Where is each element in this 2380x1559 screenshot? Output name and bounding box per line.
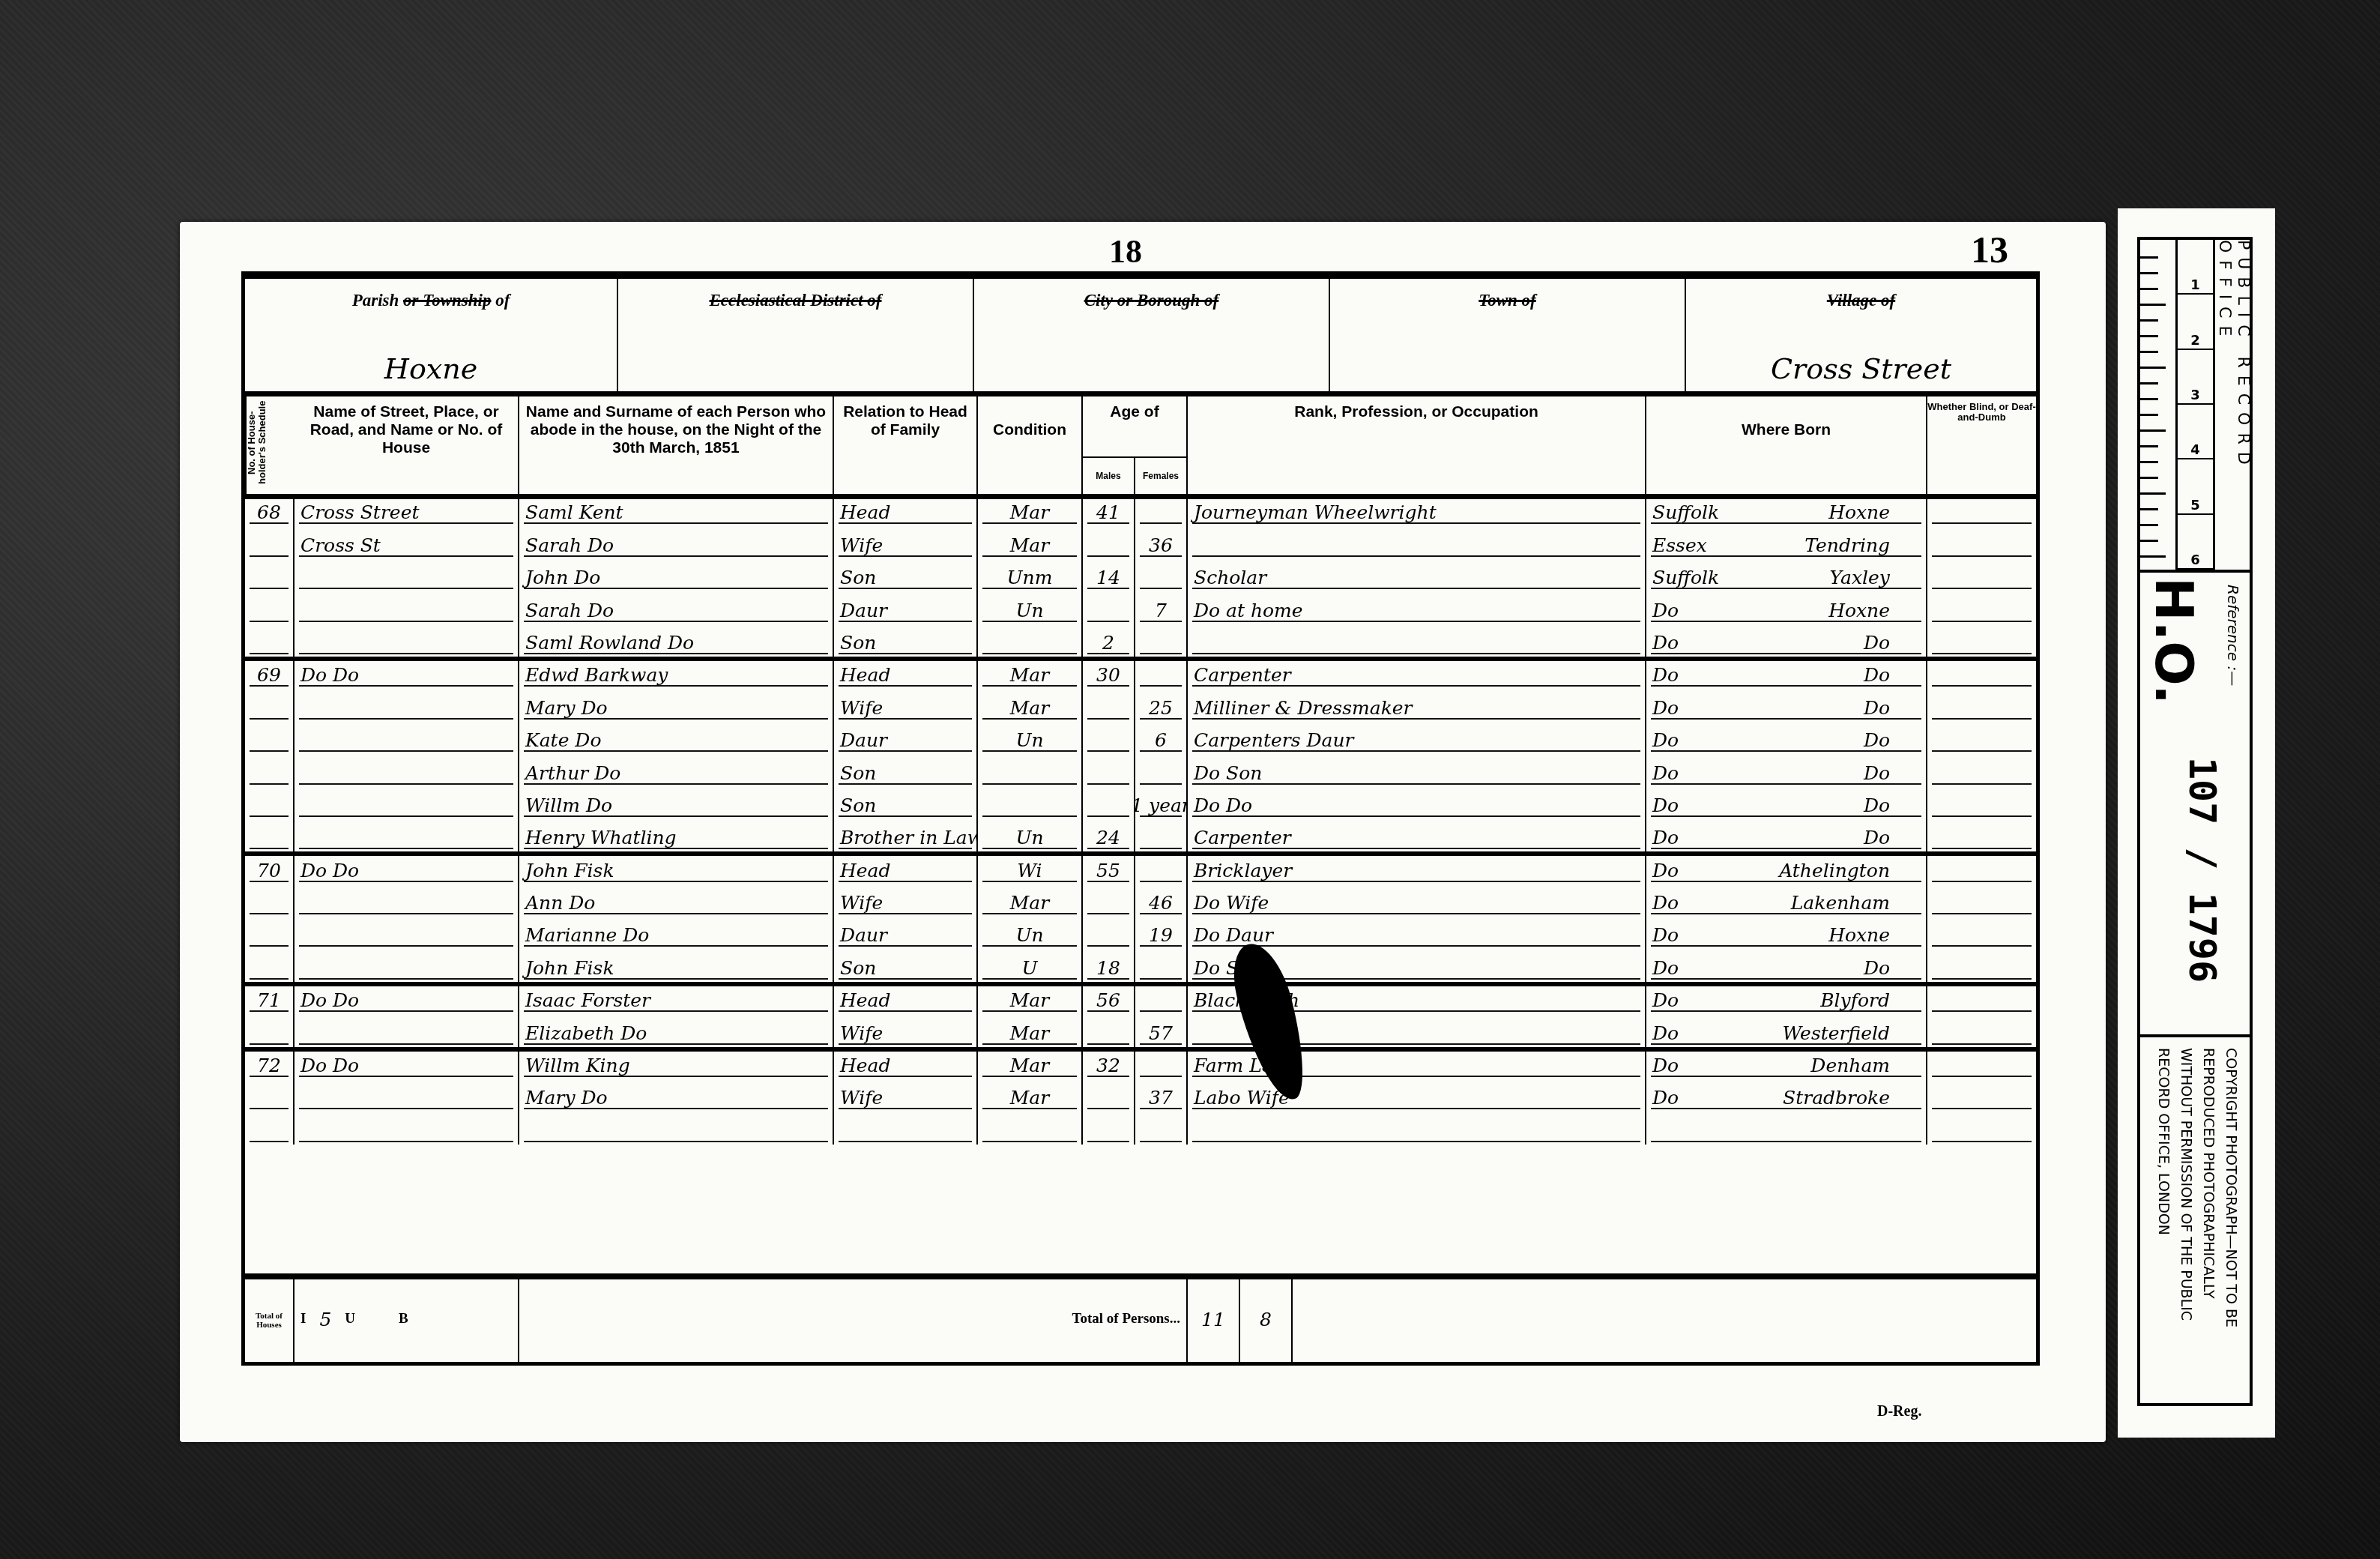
street-address: Do Do <box>295 661 519 689</box>
schedule-no <box>245 884 295 917</box>
where-born: DoWesterfield <box>1646 1014 1927 1046</box>
blind-deaf <box>1927 1052 2036 1079</box>
street-address <box>295 819 519 851</box>
age-male <box>1083 1014 1135 1046</box>
parish-label: Parish <box>352 291 399 310</box>
blind-deaf <box>1927 787 2036 819</box>
blind-deaf <box>1927 986 2036 1014</box>
village-value: Cross Street <box>1686 352 2036 385</box>
relation: Son <box>834 754 978 786</box>
born-place: Hoxne <box>1828 600 1890 621</box>
person-name: Ann Do <box>519 884 834 917</box>
persons-label-cell: Total of Persons... <box>519 1279 1188 1362</box>
blind-deaf <box>1927 754 2036 786</box>
where-born: DoDo <box>1646 787 1927 819</box>
schedule-no <box>245 624 295 657</box>
born-county: Do <box>1652 827 1679 848</box>
age-male: 18 <box>1083 949 1135 981</box>
born-place: Do <box>1864 827 1890 848</box>
born-county: Do <box>1652 989 1679 1011</box>
slip-title: PUBLIC RECORD OFFICE <box>2215 240 2253 570</box>
condition <box>978 624 1083 657</box>
sheet-number: 13 <box>1971 228 2008 271</box>
street-address <box>295 722 519 754</box>
age-female <box>1135 754 1188 786</box>
blind-deaf <box>1927 661 2036 689</box>
age-male: 56 <box>1083 986 1135 1014</box>
folio-number: 18 <box>1109 232 1142 271</box>
schedule-no: 71 <box>245 986 295 1014</box>
ruler-tick <box>2140 351 2158 353</box>
where-born: SuffolkYaxley <box>1646 559 1927 591</box>
street-address: Do Do <box>295 986 519 1014</box>
relation: Brother in Law <box>834 819 978 851</box>
person-name: Sarah Do <box>519 591 834 624</box>
street-address <box>295 754 519 786</box>
born-county: Do <box>1652 1022 1679 1044</box>
reference-box: Reference :— H.O. 107 / 1796 <box>2140 570 2250 1037</box>
ruler-cm-mark: 6 <box>2178 515 2213 570</box>
persons-label: Total of Persons... <box>1072 1311 1180 1327</box>
city-cell: City or Borough of <box>974 279 1330 391</box>
col-blind-deaf: Whether Blind, or Deaf-and-Dumb <box>1927 391 2036 494</box>
born-place: Tendring <box>1804 534 1890 556</box>
blind-deaf <box>1927 624 2036 657</box>
ruler-tick <box>2140 414 2158 416</box>
age-male <box>1083 722 1135 754</box>
ecclesiastical-cell: Ecclesiastical District of <box>618 279 974 391</box>
village-cell: Village of Cross Street <box>1686 279 2036 391</box>
born-county: Do <box>1652 762 1679 784</box>
ruler-tick <box>2140 382 2158 385</box>
condition: Wi <box>978 856 1083 884</box>
blind-deaf <box>1927 689 2036 721</box>
street-address <box>295 917 519 949</box>
condition: Mar <box>978 986 1083 1014</box>
schedule-no <box>245 689 295 721</box>
age-females-label: Females <box>1135 458 1186 494</box>
col-condition: Condition <box>978 391 1083 494</box>
born-place: Do <box>1864 957 1890 979</box>
street-address <box>295 1014 519 1046</box>
ruler-inch-ticks <box>2140 240 2178 570</box>
where-born: DoDo <box>1646 722 1927 754</box>
houses-label-cell: Total of Houses <box>245 1279 295 1362</box>
ruler-tick <box>2140 524 2158 526</box>
where-born: DoDo <box>1646 819 1927 851</box>
schedule-no <box>245 1112 295 1144</box>
age-male <box>1083 754 1135 786</box>
parish-value: Hoxne <box>245 352 617 385</box>
where-born: DoDo <box>1646 624 1927 657</box>
age-male: 30 <box>1083 661 1135 689</box>
street-address: Do Do <box>295 1052 519 1079</box>
age-female: 57 <box>1135 1014 1188 1046</box>
person-name: Kate Do <box>519 722 834 754</box>
person-name: Mary Do <box>519 689 834 721</box>
born-place: Do <box>1864 762 1890 784</box>
ruler-cm-mark: 2 <box>2178 295 2213 349</box>
schedule-no: 70 <box>245 856 295 884</box>
parish-struck: or Township <box>403 291 491 310</box>
condition: Mar <box>978 1014 1083 1046</box>
reference-label: Reference :— <box>2224 585 2242 686</box>
col-name: Name and Surname of each Person who abod… <box>519 391 834 494</box>
city-label: City or Borough of <box>1084 291 1219 310</box>
age-female <box>1135 624 1188 657</box>
age-female <box>1135 856 1188 884</box>
condition: Mar <box>978 689 1083 721</box>
ruler-tick <box>2140 461 2158 463</box>
col-where-born: Where Born <box>1646 391 1927 494</box>
age-male <box>1083 917 1135 949</box>
condition: Un <box>978 722 1083 754</box>
town-label: Town of <box>1479 291 1535 310</box>
ruler-tick <box>2140 508 2158 510</box>
occupation: Scholar <box>1188 559 1646 591</box>
ruler-cm-scale: 123456 <box>2178 240 2215 570</box>
where-born: DoDenham <box>1646 1052 1927 1079</box>
blind-deaf <box>1927 819 2036 851</box>
relation: Daur <box>834 591 978 624</box>
born-county: Suffolk <box>1652 501 1719 523</box>
condition: Un <box>978 917 1083 949</box>
females-total: 8 <box>1240 1279 1293 1362</box>
census-row: Cross StSarah DoWifeMar36EssexTendring <box>245 526 2036 558</box>
age-female <box>1135 1052 1188 1079</box>
person-name: John Do <box>519 559 834 591</box>
relation: Head <box>834 498 978 526</box>
blind-deaf <box>1927 1112 2036 1144</box>
occupation: Do at home <box>1188 591 1646 624</box>
person-name <box>519 1112 834 1144</box>
born-county: Do <box>1652 860 1679 881</box>
age-female <box>1135 661 1188 689</box>
street-address <box>295 559 519 591</box>
inhabited-label: I <box>300 1311 306 1327</box>
born-place: Denham <box>1810 1055 1890 1076</box>
occupation: Do Do <box>1188 787 1646 819</box>
person-name: Marianne Do <box>519 917 834 949</box>
census-row: Ann DoWifeMar46Do WifeDoLakenham <box>245 884 2036 917</box>
town-cell: Town of <box>1330 279 1686 391</box>
where-born: DoStradbroke <box>1646 1079 1927 1112</box>
ecclesiastical-label: Ecclesiastical District of <box>710 291 882 310</box>
where-born: DoDo <box>1646 949 1927 981</box>
census-row: Willm DoSon1 yearDo DoDoDo <box>245 787 2036 819</box>
ruler-tick <box>2140 555 2166 558</box>
census-rows: 68Cross StreetSaml KentHeadMar41Journeym… <box>245 494 2036 1176</box>
ruler-tick <box>2140 445 2158 447</box>
age-male: 2 <box>1083 624 1135 657</box>
where-born: DoHoxne <box>1646 917 1927 949</box>
census-row: John FiskSonU18Do SoDoDo <box>245 949 2036 981</box>
blind-deaf <box>1927 591 2036 624</box>
census-row: Marianne DoDaurUn19Do DaurDoHoxne <box>245 917 2036 949</box>
person-name: Arthur Do <box>519 754 834 786</box>
ruler-cm-mark: 1 <box>2178 240 2213 295</box>
age-female: 7 <box>1135 591 1188 624</box>
age-header-label: Age of <box>1110 403 1159 420</box>
street-address <box>295 884 519 917</box>
relation: Son <box>834 787 978 819</box>
ruler-tick <box>2140 288 2158 290</box>
age-female: 46 <box>1135 884 1188 917</box>
col-age: Age of Males Females <box>1083 391 1188 494</box>
census-row: Mary DoWifeMar37Labo WifeDoStradbroke <box>245 1079 2036 1112</box>
locality-header: Parish or Township of Hoxne Ecclesiastic… <box>245 279 2036 396</box>
relation: Son <box>834 559 978 591</box>
age-female: 25 <box>1135 689 1188 721</box>
age-male <box>1083 884 1135 917</box>
condition: U <box>978 949 1083 981</box>
schedule-no: 68 <box>245 498 295 526</box>
born-place: Do <box>1864 794 1890 816</box>
ruler-tick <box>2140 335 2158 337</box>
occupation <box>1188 624 1646 657</box>
relation: Head <box>834 1052 978 1079</box>
age-female <box>1135 559 1188 591</box>
census-row: 68Cross StreetSaml KentHeadMar41Journeym… <box>245 494 2036 526</box>
occupation <box>1188 1112 1646 1144</box>
parish-cell: Parish or Township of Hoxne <box>245 279 618 391</box>
relation <box>834 1112 978 1144</box>
schedule-no <box>245 917 295 949</box>
ruler-tick <box>2140 272 2158 274</box>
relation: Wife <box>834 884 978 917</box>
born-place: Do <box>1864 632 1890 654</box>
occupation: Milliner & Dressmaker <box>1188 689 1646 721</box>
census-row: Sarah DoDaurUn7Do at homeDoHoxne <box>245 591 2036 624</box>
where-born: DoDo <box>1646 661 1927 689</box>
col-schedule-no: No. of House-holder's Schedule <box>245 391 295 494</box>
census-row: Elizabeth DoWifeMar57DoWesterfield <box>245 1014 2036 1046</box>
blind-deaf <box>1927 526 2036 558</box>
street-address <box>295 591 519 624</box>
age-female <box>1135 819 1188 851</box>
census-row: 72Do DoWillm KingHeadMar32Farm LabDoDenh… <box>245 1047 2036 1079</box>
born-place: Hoxne <box>1828 501 1890 523</box>
schedule-no <box>245 526 295 558</box>
ruler-tick <box>2140 429 2166 432</box>
age-female <box>1135 1112 1188 1144</box>
age-male <box>1083 1112 1135 1144</box>
census-row: 70Do DoJohn FiskHeadWi55BricklayerDoAthe… <box>245 851 2036 884</box>
person-name: Isaac Forster <box>519 986 834 1014</box>
reference-series: H.O. <box>2143 577 2205 705</box>
ruler-cm-mark: 4 <box>2178 405 2213 459</box>
uninhabited-label: U <box>345 1311 355 1327</box>
age-males-label: Males <box>1083 458 1135 494</box>
ruler-cm-mark: 3 <box>2178 350 2213 405</box>
born-place: Westerfield <box>1782 1022 1890 1044</box>
born-place: Yaxley <box>1830 567 1890 588</box>
blind-deaf <box>1927 722 2036 754</box>
condition <box>978 1112 1083 1144</box>
blind-deaf <box>1927 856 2036 884</box>
blind-deaf <box>1927 949 2036 981</box>
age-male <box>1083 1079 1135 1112</box>
where-born: SuffolkHoxne <box>1646 498 1927 526</box>
blind-deaf <box>1927 884 2036 917</box>
where-born: EssexTendring <box>1646 526 1927 558</box>
schedule-no <box>245 1014 295 1046</box>
schedule-no <box>245 819 295 851</box>
census-row: 71Do DoIsaac ForsterHeadMar56BlacksmithD… <box>245 982 2036 1014</box>
occupation: Journeyman Wheelwright <box>1188 498 1646 526</box>
condition <box>978 754 1083 786</box>
schedule-no <box>245 591 295 624</box>
born-county: Do <box>1652 664 1679 686</box>
building-label: B <box>399 1311 408 1327</box>
census-row: Arthur DoSonDo SonDoDo <box>245 754 2036 786</box>
relation: Head <box>834 986 978 1014</box>
ruler-tick <box>2140 256 2158 259</box>
born-county: Do <box>1652 697 1679 719</box>
born-place: Stradbroke <box>1783 1087 1890 1109</box>
inhabited-value: 5 <box>319 1309 331 1330</box>
born-place: Do <box>1864 664 1890 686</box>
condition: Un <box>978 819 1083 851</box>
ruler-cm-mark: 5 <box>2178 459 2213 514</box>
condition: Mar <box>978 884 1083 917</box>
born-place: Do <box>1864 729 1890 751</box>
census-row: Kate DoDaurUn6Carpenters DaurDoDo <box>245 722 2036 754</box>
schedule-no <box>245 1079 295 1112</box>
age-male <box>1083 526 1135 558</box>
occupation: Carpenter <box>1188 661 1646 689</box>
ruler-tick <box>2140 304 2166 306</box>
ruler-tick <box>2140 540 2158 542</box>
street-address <box>295 1079 519 1112</box>
age-male: 55 <box>1083 856 1135 884</box>
ruler-tick <box>2140 492 2166 495</box>
person-name: Saml Rowland Do <box>519 624 834 657</box>
condition: Mar <box>978 661 1083 689</box>
born-county: Do <box>1652 729 1679 751</box>
age-male <box>1083 591 1135 624</box>
street-address <box>295 787 519 819</box>
where-born: DoBlyford <box>1646 986 1927 1014</box>
occupation: Carpenter <box>1188 819 1646 851</box>
census-page: 18 13 Parish or Township of Hoxne Eccles… <box>180 222 2106 1442</box>
census-row: Henry WhatlingBrother in LawUn24Carpente… <box>245 819 2036 851</box>
street-address: Do Do <box>295 856 519 884</box>
born-county: Do <box>1652 924 1679 946</box>
person-name: John Fisk <box>519 949 834 981</box>
blind-deaf <box>1927 559 2036 591</box>
village-label: Village of <box>1827 291 1895 310</box>
males-total: 11 <box>1188 1279 1240 1362</box>
copyright-notice: Copyright photograph—not to be reproduce… <box>2140 1037 2250 1367</box>
age-male: 32 <box>1083 1052 1135 1079</box>
occupation: Bricklayer <box>1188 856 1646 884</box>
relation: Son <box>834 624 978 657</box>
born-county: Do <box>1652 600 1679 621</box>
reference-slip: 123456 PUBLIC RECORD OFFICE Reference :—… <box>2118 208 2275 1438</box>
age-male: 14 <box>1083 559 1135 591</box>
street-address: Cross Street <box>295 498 519 526</box>
totals-row: Total of Houses I 5 U B Total of Persons… <box>245 1273 2036 1362</box>
where-born <box>1646 1112 1927 1144</box>
where-born: DoAthelington <box>1646 856 1927 884</box>
schedule-no: 69 <box>245 661 295 689</box>
blind-deaf <box>1927 498 2036 526</box>
schedule-no <box>245 754 295 786</box>
relation: Wife <box>834 689 978 721</box>
relation: Wife <box>834 1079 978 1112</box>
condition: Mar <box>978 498 1083 526</box>
col-street: Name of Street, Place, or Road, and Name… <box>295 391 519 494</box>
relation: Head <box>834 856 978 884</box>
age-male <box>1083 689 1135 721</box>
where-born: DoDo <box>1646 689 1927 721</box>
born-county: Do <box>1652 1087 1679 1109</box>
person-name: Willm King <box>519 1052 834 1079</box>
age-female <box>1135 498 1188 526</box>
blind-deaf <box>1927 917 2036 949</box>
age-female: 6 <box>1135 722 1188 754</box>
schedule-no <box>245 559 295 591</box>
street-address <box>295 949 519 981</box>
blind-deaf <box>1927 1014 2036 1046</box>
relation: Wife <box>834 526 978 558</box>
street-address <box>295 1112 519 1144</box>
age-female <box>1135 986 1188 1014</box>
census-grid: Parish or Township of Hoxne Ecclesiastic… <box>241 271 2040 1366</box>
age-female <box>1135 949 1188 981</box>
where-born: DoHoxne <box>1646 591 1927 624</box>
born-place: Lakenham <box>1791 892 1890 914</box>
column-header-row: No. of House-holder's Schedule Name of S… <box>245 391 2036 499</box>
person-name: Willm Do <box>519 787 834 819</box>
age-male: 24 <box>1083 819 1135 851</box>
houses-label: Total of Houses <box>247 1312 292 1330</box>
age-female: 19 <box>1135 917 1188 949</box>
person-name: Henry Whatling <box>519 819 834 851</box>
person-name: Saml Kent <box>519 498 834 526</box>
footer-mark: D-Reg. <box>1877 1403 1921 1420</box>
born-place: Blyford <box>1820 989 1890 1011</box>
born-place: Do <box>1864 697 1890 719</box>
condition: Unm <box>978 559 1083 591</box>
born-county: Do <box>1652 957 1679 979</box>
person-name: Edwd Barkway <box>519 661 834 689</box>
where-born: DoDo <box>1646 754 1927 786</box>
ruler-tick <box>2140 477 2158 479</box>
age-female: 37 <box>1135 1079 1188 1112</box>
census-row: Saml Rowland DoSon2DoDo <box>245 624 2036 657</box>
ruler-tick <box>2140 367 2166 369</box>
houses-totals-cell: I 5 U B <box>295 1279 519 1362</box>
relation: Wife <box>834 1014 978 1046</box>
relation: Head <box>834 661 978 689</box>
ruler: 123456 PUBLIC RECORD OFFICE <box>2140 240 2253 573</box>
born-county: Do <box>1652 892 1679 914</box>
condition: Un <box>978 591 1083 624</box>
age-male: 41 <box>1083 498 1135 526</box>
age-female: 1 year <box>1135 787 1188 819</box>
person-name: Mary Do <box>519 1079 834 1112</box>
census-row <box>245 1112 2036 1144</box>
born-place: Hoxne <box>1828 924 1890 946</box>
street-address <box>295 689 519 721</box>
person-name: Elizabeth Do <box>519 1014 834 1046</box>
born-county: Essex <box>1652 534 1707 556</box>
condition: Mar <box>978 1079 1083 1112</box>
col-occupation: Rank, Profession, or Occupation <box>1188 391 1646 494</box>
occupation: Carpenters Daur <box>1188 722 1646 754</box>
